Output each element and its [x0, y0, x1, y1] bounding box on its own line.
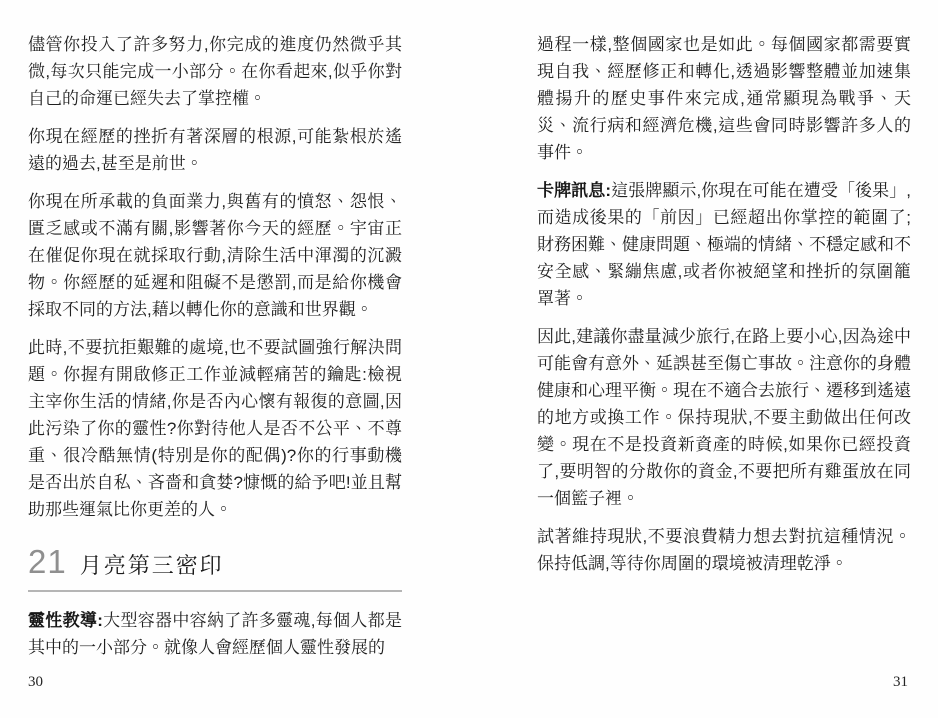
continuation-paragraph: 過程一樣,整個國家也是如此。每個國家都需要實現自我、經歷修正和轉化,透過影響整體… — [537, 31, 911, 166]
right-page: 過程一樣,整個國家也是如此。每個國家都需要實現自我、經歷修正和轉化,透過影響整體… — [537, 31, 911, 588]
paragraph: 你現在經歷的挫折有著深層的根源,可能紮根於遙遠的過去,甚至是前世。 — [28, 123, 402, 177]
paragraph: 試著維持現狀,不要浪費精力想去對抗這種情況。保持低調,等待你周圍的環境被清理乾淨… — [537, 523, 911, 577]
card-message-paragraph: 卡牌訊息:這張牌顯示,你現在可能在遭受「後果」,而造成後果的「前因」已經超出你掌… — [537, 177, 911, 312]
paragraph: 你現在所承載的負面業力,與舊有的憤怒、怨恨、匱乏感或不滿有關,影響著你今天的經歷… — [28, 188, 402, 323]
teaching-paragraph: 靈性教導:大型容器中容納了許多靈魂,每個人都是其中的一小部分。就像人會經歷個人靈… — [28, 607, 402, 661]
paragraph: 因此,建議你盡量減少旅行,在路上要小心,因為途中可能會有意外、延誤甚至傷亡事故。… — [537, 323, 911, 512]
teaching-label: 靈性教導: — [28, 611, 103, 630]
page-number-left: 30 — [28, 674, 43, 691]
book-spread: 儘管你投入了許多努力,你完成的進度仍然微乎其微,每次只能完成一小部分。在你看起來… — [0, 0, 938, 718]
card-message-text: 這張牌顯示,你現在可能在遭受「後果」,而造成後果的「前因」已經超出你掌控的範圍了… — [537, 181, 911, 308]
page-number-right: 31 — [893, 674, 908, 691]
section-title: 月亮第三密印 — [80, 549, 224, 583]
paragraph: 儘管你投入了許多努力,你完成的進度仍然微乎其微,每次只能完成一小部分。在你看起來… — [28, 31, 402, 112]
section-heading: 21 月亮第三密印 — [28, 545, 402, 592]
left-page: 儘管你投入了許多努力,你完成的進度仍然微乎其微,每次只能完成一小部分。在你看起來… — [28, 31, 402, 672]
card-message-label: 卡牌訊息: — [537, 181, 611, 200]
paragraph: 此時,不要抗拒艱難的處境,也不要試圖強行解決問題。你握有開啟修正工作並減輕痛苦的… — [28, 334, 402, 523]
section-number: 21 — [28, 545, 67, 579]
